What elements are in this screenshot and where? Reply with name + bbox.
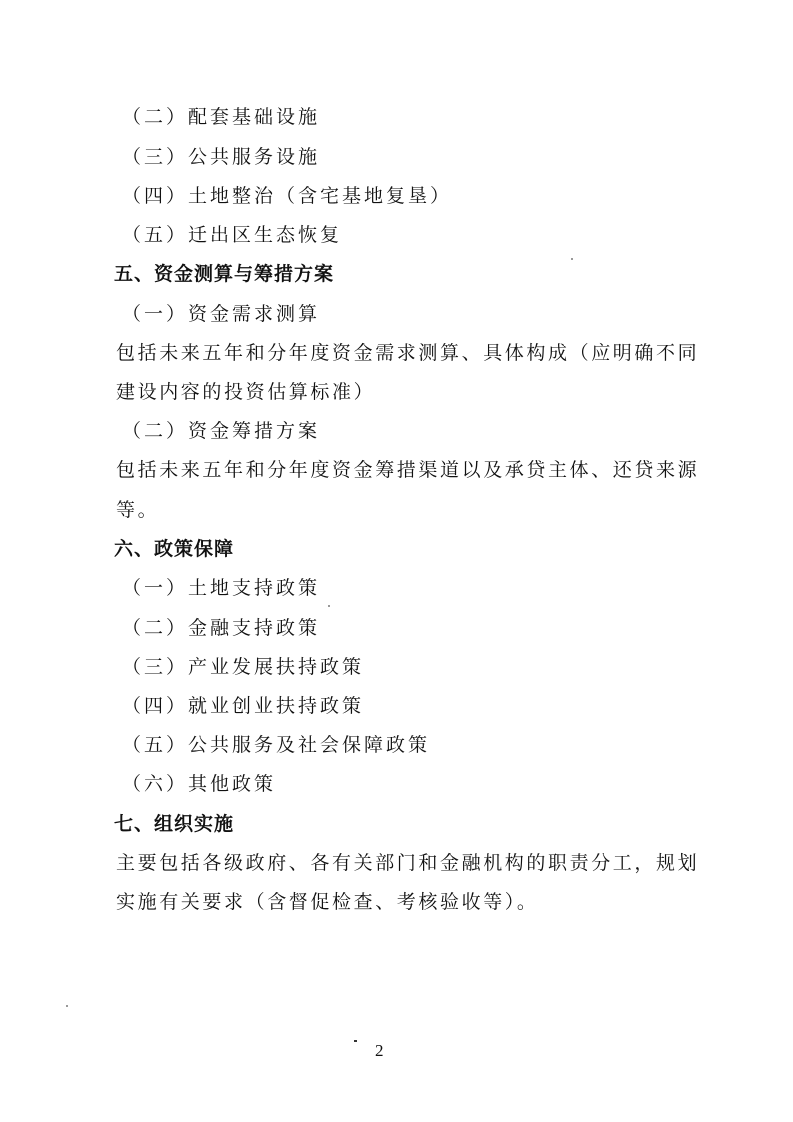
scan-speck <box>66 1005 68 1007</box>
subsection-land-consolidation: （四）土地整治（含宅基地复垦） <box>122 184 452 208</box>
page-number: 2 <box>375 1041 384 1061</box>
subsection-employment-policy: （四）就业创业扶持政策 <box>122 694 364 718</box>
subsection-ecological-restoration: （五）迁出区生态恢复 <box>122 223 342 247</box>
paragraph-implementation-line-1: 主要包括各级政府、各有关部门和金融机构的职责分工，规划 <box>116 851 699 875</box>
paragraph-funding-demand-line-2: 建设内容的投资估算标准） <box>116 380 375 404</box>
scan-speck <box>328 605 330 607</box>
scan-speck <box>571 258 573 260</box>
subsection-funding-plan: （二）资金筹措方案 <box>122 419 320 443</box>
subsection-other-policy: （六）其他政策 <box>122 772 276 796</box>
section-heading-funding: 五、资金测算与筹措方案 <box>114 262 334 286</box>
subsection-public-service-facilities: （三）公共服务设施 <box>122 145 320 169</box>
subsection-financial-policy: （二）金融支持政策 <box>122 616 320 640</box>
subsection-supporting-infrastructure: （二）配套基础设施 <box>122 105 320 129</box>
section-heading-implementation: 七、组织实施 <box>114 812 234 836</box>
paragraph-funding-demand-line-1: 包括未来五年和分年度资金需求测算、具体构成（应明确不同 <box>116 341 699 365</box>
paragraph-implementation-line-2: 实施有关要求（含督促检查、考核验收等）。 <box>116 890 539 914</box>
section-heading-policy: 六、政策保障 <box>114 537 234 561</box>
subsection-funding-demand: （一）资金需求测算 <box>122 302 320 326</box>
subsection-social-security-policy: （五）公共服务及社会保障政策 <box>122 733 430 757</box>
subsection-industry-policy: （三）产业发展扶持政策 <box>122 655 364 679</box>
paragraph-funding-plan-line-1: 包括未来五年和分年度资金筹措渠道以及承贷主体、还贷来源 <box>116 458 699 482</box>
scan-mark <box>354 1040 357 1042</box>
paragraph-funding-plan-line-2: 等。 <box>116 498 159 522</box>
subsection-land-policy: （一）土地支持政策 <box>122 576 320 600</box>
